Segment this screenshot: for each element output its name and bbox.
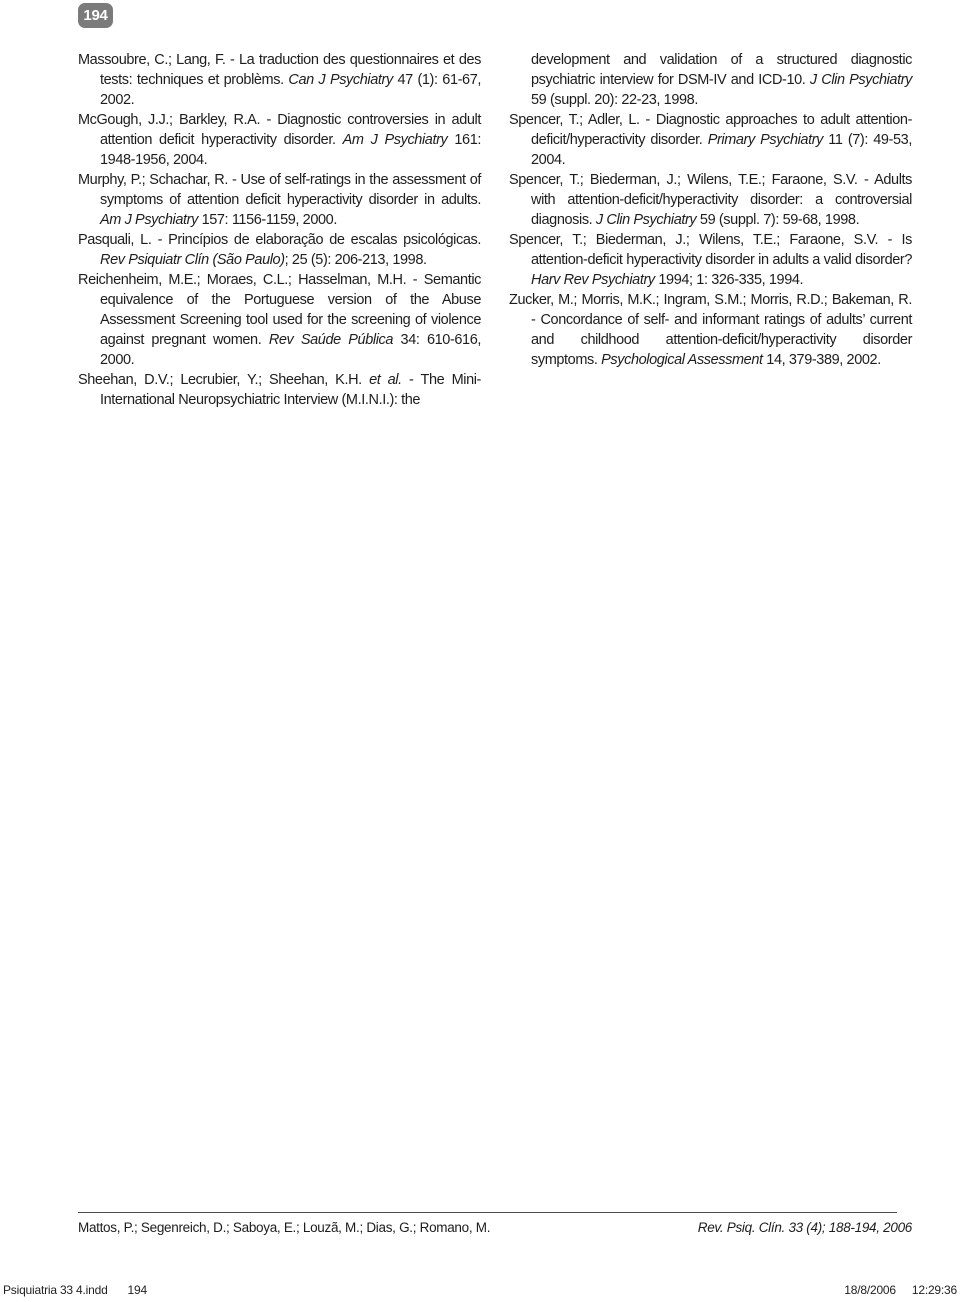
footer-journal-citation: Rev. Psiq. Clín. 33 (4); 188-194, 2006 [698,1220,912,1235]
reference-text: Murphy, P.; Schachar, R. - Use of self-r… [78,172,481,208]
reference-journal-title: Rev Psiquiatr Clín (São Paulo) [100,252,285,268]
reference-journal-title: Primary Psychiatry [708,132,823,148]
references-column-right: development and validation of a structur… [509,50,912,410]
reference-text: Sheehan, D.V.; Lecrubier, Y.; Sheehan, K… [78,372,369,388]
reference-item: Sheehan, D.V.; Lecrubier, Y.; Sheehan, K… [78,370,481,410]
reference-text: Pasquali, L. - Princípios de elaboração … [78,232,481,248]
reference-journal-title: Psychological Assessment [601,352,763,368]
reference-item: Massoubre, C.; Lang, F. - La traduction … [78,50,481,110]
reference-text: ; 25 (5): 206-213, 1998. [285,252,427,268]
reference-journal-title: Am J Psychiatry [343,132,448,148]
reference-journal-title: Can J Psychiatry [288,72,392,88]
references-section: Massoubre, C.; Lang, F. - La traduction … [78,50,912,410]
reference-journal-title: Rev Saúde Pública [269,332,393,348]
reference-text: 1994; 1: 326-335, 1994. [655,272,803,288]
print-info-bar: Psiquiatria 33 4.indd194 18/8/200612:29:… [3,1283,957,1297]
footer-divider [78,1212,897,1213]
reference-item: development and validation of a structur… [509,50,912,110]
reference-journal-title: Harv Rev Psychiatry [531,272,655,288]
reference-item: Spencer, T.; Biederman, J.; Wilens, T.E.… [509,230,912,290]
print-timestamp-group: 18/8/200612:29:36 [844,1283,957,1297]
footer-authors: Mattos, P.; Segenreich, D.; Saboya, E.; … [78,1220,490,1235]
reference-item: Reichenheim, M.E.; Moraes, C.L.; Hasselm… [78,270,481,370]
reference-item: Pasquali, L. - Princípios de elaboração … [78,230,481,270]
print-time: 12:29:36 [912,1283,957,1297]
reference-item: Murphy, P.; Schachar, R. - Use of self-r… [78,170,481,230]
print-date: 18/8/2006 [844,1283,896,1297]
references-column-left: Massoubre, C.; Lang, F. - La traduction … [78,50,481,410]
reference-item: Zucker, M.; Morris, M.K.; Ingram, S.M.; … [509,290,912,370]
reference-text: Spencer, T.; Biederman, J.; Wilens, T.E.… [509,232,912,268]
print-filename-group: Psiquiatria 33 4.indd194 [3,1283,147,1297]
reference-item: Spencer, T.; Adler, L. - Diagnostic appr… [509,110,912,170]
reference-item: Spencer, T.; Biederman, J.; Wilens, T.E.… [509,170,912,230]
reference-journal-title: J Clin Psychiatry [596,212,696,228]
reference-text: 14, 379-389, 2002. [763,352,881,368]
page-number-badge: 194 [78,3,113,28]
print-filename: Psiquiatria 33 4.indd [3,1283,108,1297]
reference-text: 157: 1156-1159, 2000. [198,212,337,228]
reference-journal-title: Am J Psychiatry [100,212,198,228]
reference-journal-title: et al. [369,372,402,388]
print-page-number: 194 [128,1283,147,1297]
page-footer: Mattos, P.; Segenreich, D.; Saboya, E.; … [78,1212,912,1235]
reference-item: McGough, J.J.; Barkley, R.A. - Diagnosti… [78,110,481,170]
reference-text: 59 (suppl. 20): 22-23, 1998. [531,92,698,108]
reference-journal-title: J Clin Psychiatry [810,72,912,88]
reference-text: 59 (suppl. 7): 59-68, 1998. [696,212,859,228]
